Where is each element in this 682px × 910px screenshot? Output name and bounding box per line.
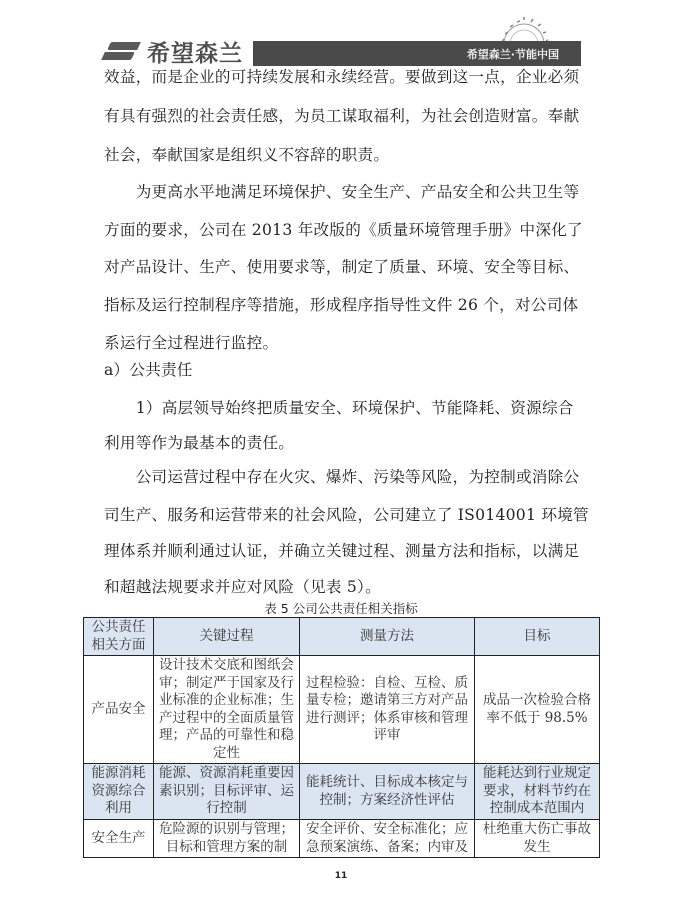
logo-text: 希望森兰 bbox=[147, 35, 243, 68]
header-target: 目标 bbox=[475, 618, 600, 656]
table-header-row: 公共责任 相关方面 关键过程 测量方法 目标 bbox=[84, 618, 600, 656]
cell-method: 过程检验：自检、互检、质量专检；邀请第三方对产品进行测评；体系审核和管理评审 bbox=[300, 656, 475, 764]
text-line: 对产品设计、生产、使用要求等，制定了质量、环境、安全等目标、 bbox=[104, 257, 579, 277]
page-number: 11 bbox=[0, 871, 682, 881]
header-label: 公共责任 相关方面 bbox=[92, 619, 146, 653]
text-line: 司生产、服务和运营带来的社会风险，公司建立了 IS014001 环境管 bbox=[104, 505, 589, 525]
table-caption: 表 5 公司公共责任相关指标 bbox=[0, 599, 682, 617]
header-method: 测量方法 bbox=[300, 618, 475, 656]
text-line: 公司运营过程中存在火灾、爆炸、污染等风险，为控制或消除公 bbox=[104, 467, 579, 487]
cell-target: 杜绝重大伤亡事故发生 bbox=[475, 820, 600, 858]
cell-method: 能耗统计、目标成本核定与控制；方案经济性评估 bbox=[300, 764, 475, 820]
cell-process: 危险源的识别与管理；目标和管理方案的制 bbox=[154, 820, 300, 858]
header-label: 关键过程 bbox=[200, 628, 254, 644]
text-line: 效益，而是企业的可持续发展和永续经营。要做到这一点，企业必须 bbox=[104, 67, 579, 87]
logo-mark-icon bbox=[103, 40, 141, 62]
gear-icon bbox=[500, 14, 548, 44]
cell-target: 能耗达到行业规定要求，材料节约在控制成本范围内 bbox=[475, 764, 600, 820]
table-row: 安全生产 危险源的识别与管理；目标和管理方案的制 安全评价、安全标准化；应急预案… bbox=[84, 820, 600, 858]
header-aspect: 公共责任 相关方面 bbox=[84, 618, 154, 656]
text-line: 为更高水平地满足环境保护、安全生产、产品安全和公共卫生等 bbox=[104, 182, 579, 202]
text-line: 指标及运行控制程序等措施，形成程序指导性文件 26 个，对公司体 bbox=[104, 295, 578, 315]
table-row: 能源消耗资源综合利用 能源、资源消耗重要因素识别；目标评审、运行控制 能耗统计、… bbox=[84, 764, 600, 820]
cell-target: 成品一次检验合格率不低于 98.5% bbox=[475, 656, 600, 764]
text-line: 系运行全过程进行监控。 bbox=[104, 333, 278, 353]
cell-process: 设计技术交底和图纸会审；制定严于国家及行业标准的企业标准；生产过程中的全面质量管… bbox=[154, 656, 300, 764]
header-process: 关键过程 bbox=[154, 618, 300, 656]
text-line: 1）高层领导始终把质量安全、环境保护、节能降耗、资源综合 bbox=[104, 398, 574, 418]
text-line: 社会，奉献国家是组织义不容辞的职责。 bbox=[104, 145, 389, 165]
text-line: 理体系并顺利通过认证，并确立关键过程、测量方法和指标，以满足 bbox=[104, 541, 579, 561]
table-row: 产品安全 设计技术交底和图纸会审；制定严于国家及行业标准的企业标准；生产过程中的… bbox=[84, 656, 600, 764]
text-line: 利用等作为最基本的责任。 bbox=[104, 433, 294, 453]
company-logo: 希望森兰 bbox=[103, 36, 243, 66]
header-label: 目标 bbox=[524, 628, 551, 644]
header-slogan: 希望森兰·节能中国 bbox=[467, 46, 559, 62]
cell-process: 能源、资源消耗重要因素识别；目标评审、运行控制 bbox=[154, 764, 300, 820]
cell-method: 安全评价、安全标准化；应急预案演练、备案；内审及 bbox=[300, 820, 475, 858]
cell-aspect: 安全生产 bbox=[84, 820, 154, 858]
cell-aspect: 产品安全 bbox=[84, 656, 154, 764]
header-label: 测量方法 bbox=[360, 628, 414, 644]
section-heading: a）公共责任 bbox=[104, 360, 193, 380]
public-responsibility-table: 公共责任 相关方面 关键过程 测量方法 目标 产品安全 设计技术交底和图纸会审；… bbox=[83, 617, 600, 858]
text-line: 有具有强烈的社会责任感，为员工谋取福利，为社会创造财富。奉献 bbox=[104, 106, 579, 126]
text-line: 和超越法规要求并应对风险（见表 5）。 bbox=[104, 577, 381, 597]
text-line: 方面的要求，公司在 2013 年改版的《质量环境管理手册》中深化了 bbox=[104, 220, 583, 240]
header-band: 希望森兰·节能中国 bbox=[253, 41, 581, 66]
page-header: 希望森兰 希望森兰·节能中国 bbox=[0, 0, 682, 70]
cell-aspect: 能源消耗资源综合利用 bbox=[84, 764, 154, 820]
